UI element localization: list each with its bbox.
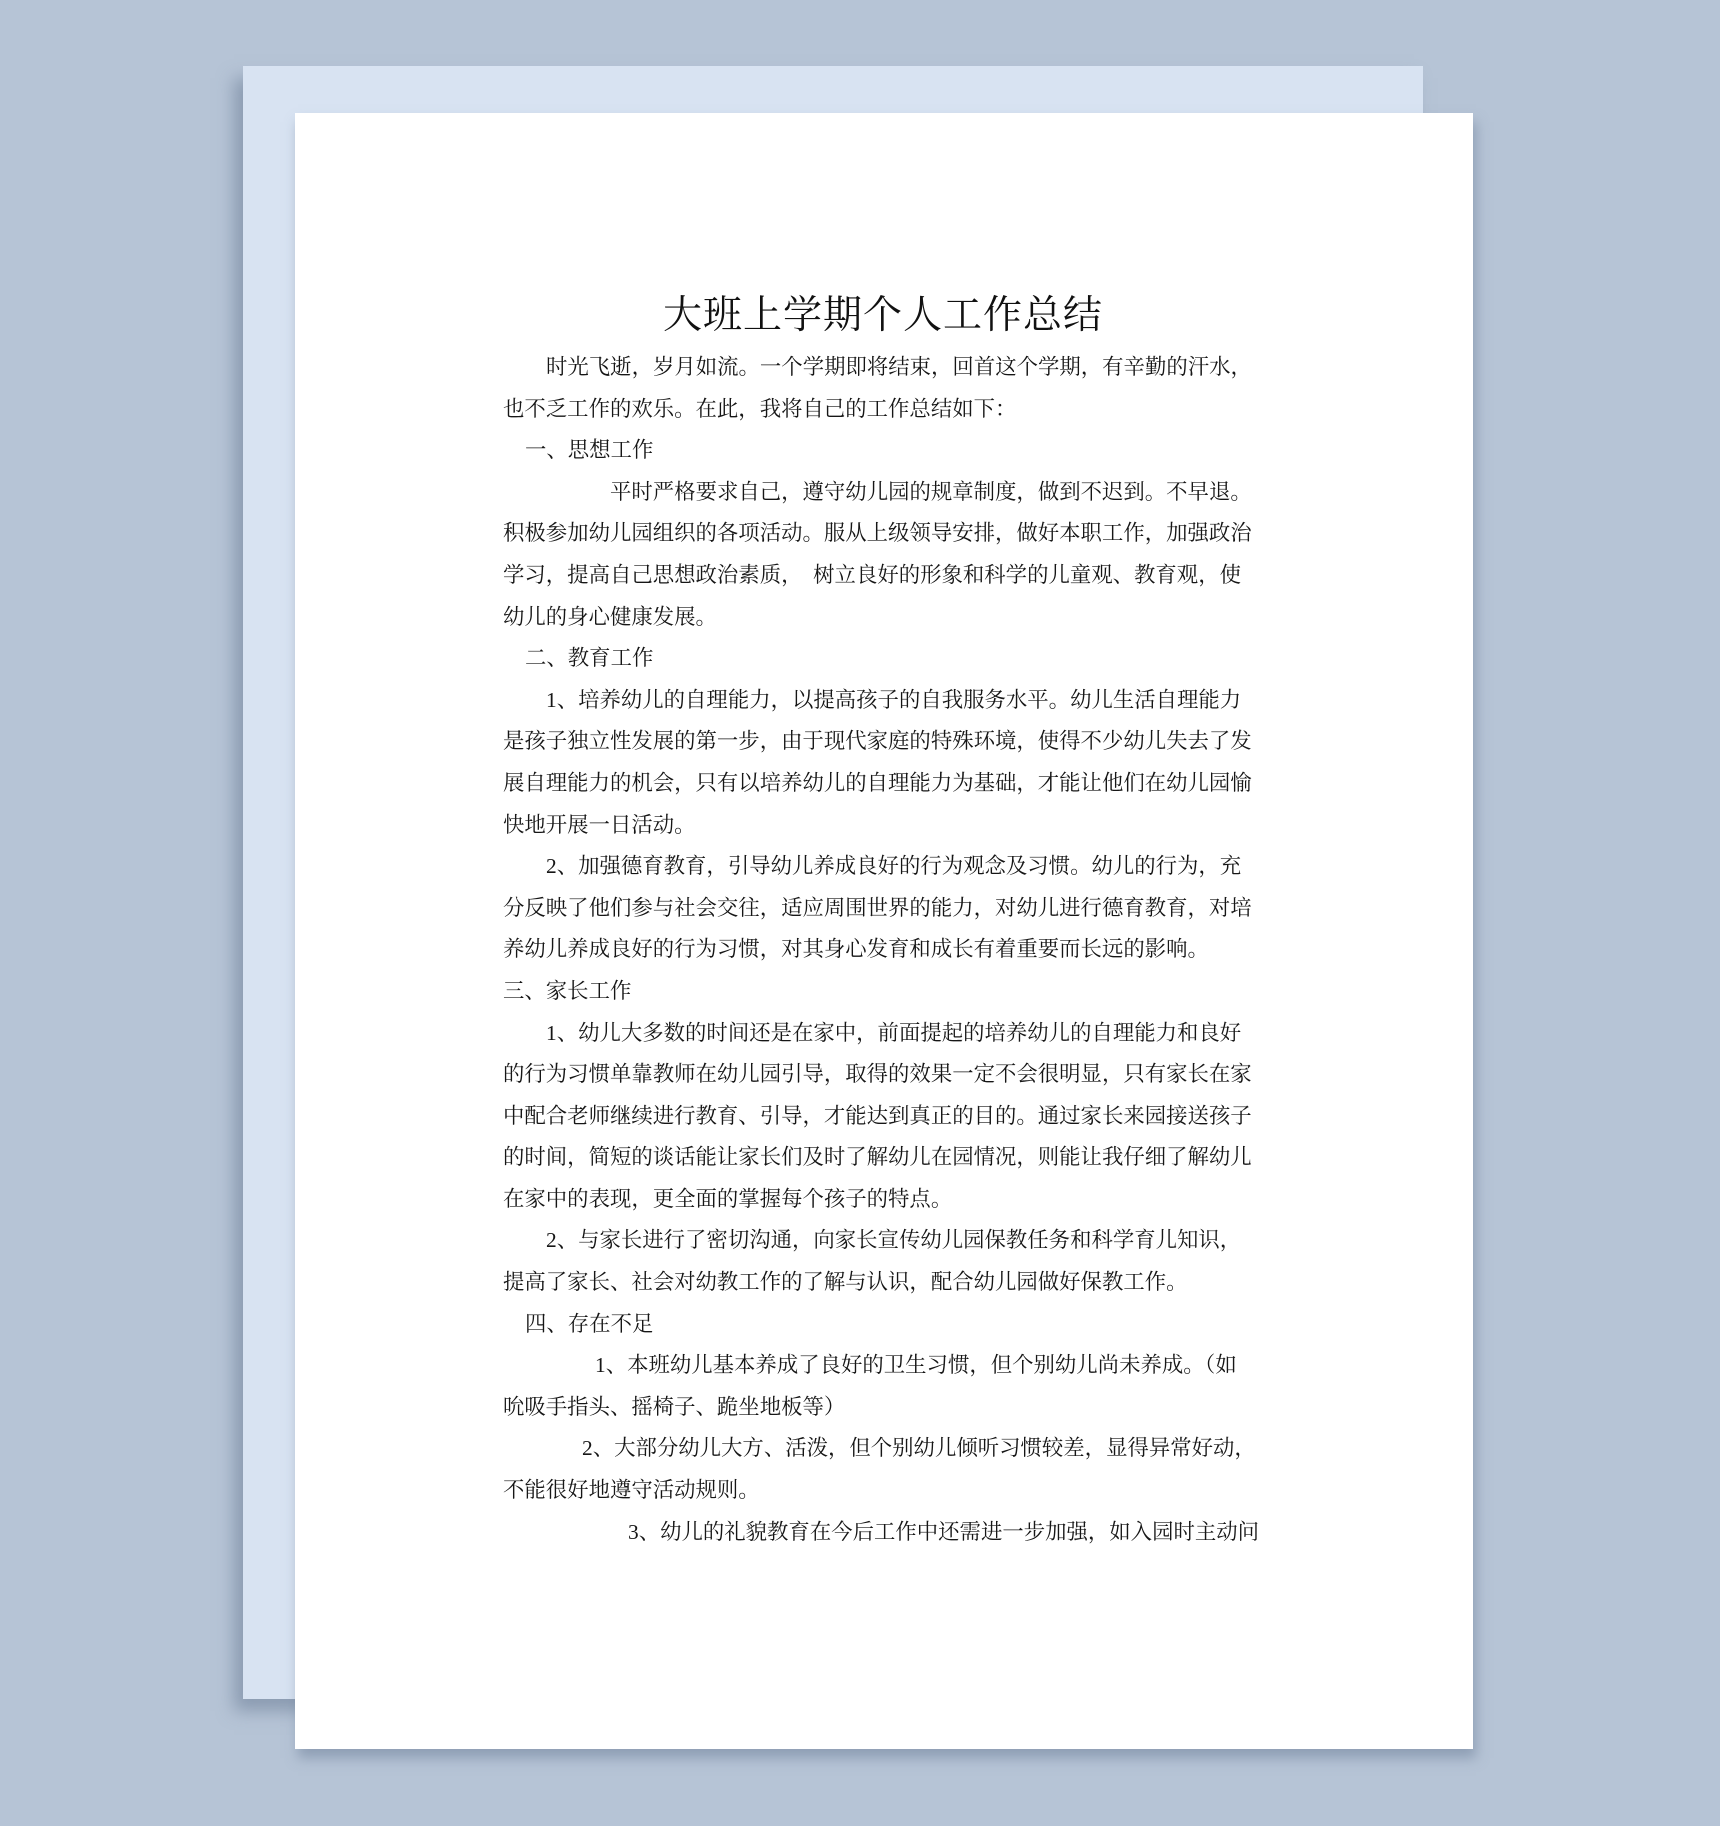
document-text-line: 2、大部分幼儿大方、活泼，但个别幼儿倾听习惯较差，显得异常好动，	[503, 1428, 1273, 1470]
document-text-line: 吮吸手指头、摇椅子、跪坐地板等）	[503, 1387, 1273, 1429]
document-body: 时光飞逝，岁月如流。一个学期即将结束，回首这个学期，有辛勤的汗水，也不乏工作的欢…	[503, 347, 1273, 1553]
document-text-line: 展自理能力的机会，只有以培养幼儿的自理能力为基础，才能让他们在幼儿园愉	[503, 763, 1273, 805]
document-text-line: 养幼儿养成良好的行为习惯，对其身心发育和成长有着重要而长远的影响。	[503, 929, 1273, 971]
document-text-line: 不能很好地遵守活动规则。	[503, 1470, 1273, 1512]
document-text-line: 时光飞逝，岁月如流。一个学期即将结束，回首这个学期，有辛勤的汗水，	[503, 347, 1273, 389]
document-text-line: 中配合老师继续进行教育、引导，才能达到真正的目的。通过家长来园接送孩子	[503, 1096, 1273, 1138]
document-text-line: 快地开展一日活动。	[503, 805, 1273, 847]
document-text-line: 2、加强德育教育，引导幼儿养成良好的行为观念及习惯。幼儿的行为，充	[503, 846, 1273, 888]
document-text-line: 积极参加幼儿园组织的各项活动。服从上级领导安排，做好本职工作，加强政治	[503, 513, 1273, 555]
document-text-line: 提高了家长、社会对幼教工作的了解与认识，配合幼儿园做好保教工作。	[503, 1262, 1273, 1304]
document-text-line: 3、幼儿的礼貌教育在今后工作中还需进一步加强，如入园时主动问	[503, 1512, 1273, 1554]
document-preview-screen: { "document": { "title": "大班上学期个人工作总结", …	[0, 0, 1720, 1826]
document-text-line: 幼儿的身心健康发展。	[503, 597, 1273, 639]
document-text-line: 一、思想工作	[503, 430, 1273, 472]
document-text-line: 在家中的表现，更全面的掌握每个孩子的特点。	[503, 1179, 1273, 1221]
document-text-line: 是孩子独立性发展的第一步，由于现代家庭的特殊环境，使得不少幼儿失去了发	[503, 721, 1273, 763]
document-text-line: 也不乏工作的欢乐。在此，我将自己的工作总结如下：	[503, 389, 1273, 431]
document-title: 大班上学期个人工作总结	[503, 288, 1263, 344]
document-text-line: 1、本班幼儿基本养成了良好的卫生习惯，但个别幼儿尚未养成。（如	[503, 1345, 1273, 1387]
document-text-line: 三、家长工作	[503, 971, 1273, 1013]
document-text-line: 学习，提高自己思想政治素质， 树立良好的形象和科学的儿童观、教育观，使	[503, 555, 1273, 597]
document-text-line: 分反映了他们参与社会交往，适应周围世界的能力，对幼儿进行德育教育，对培	[503, 888, 1273, 930]
canvas-background: 大班上学期个人工作总结 时光飞逝，岁月如流。一个学期即将结束，回首这个学期，有辛…	[0, 0, 1720, 1826]
document-text-line: 的时间，简短的谈话能让家长们及时了解幼儿在园情况，则能让我仔细了解幼儿	[503, 1137, 1273, 1179]
document-text-line: 1、幼儿大多数的时间还是在家中，前面提起的培养幼儿的自理能力和良好	[503, 1013, 1273, 1055]
document-page: 大班上学期个人工作总结 时光飞逝，岁月如流。一个学期即将结束，回首这个学期，有辛…	[295, 113, 1473, 1749]
document-text-line: 的行为习惯单靠教师在幼儿园引导，取得的效果一定不会很明显，只有家长在家	[503, 1054, 1273, 1096]
document-text-line: 四、存在不足	[503, 1304, 1273, 1346]
document-text-line: 平时严格要求自己，遵守幼儿园的规章制度，做到不迟到。不早退。	[503, 472, 1273, 514]
document-text-line: 二、教育工作	[503, 638, 1273, 680]
document-text-line: 1、培养幼儿的自理能力，以提高孩子的自我服务水平。幼儿生活自理能力	[503, 680, 1273, 722]
document-text-line: 2、与家长进行了密切沟通，向家长宣传幼儿园保教任务和科学育儿知识，	[503, 1220, 1273, 1262]
